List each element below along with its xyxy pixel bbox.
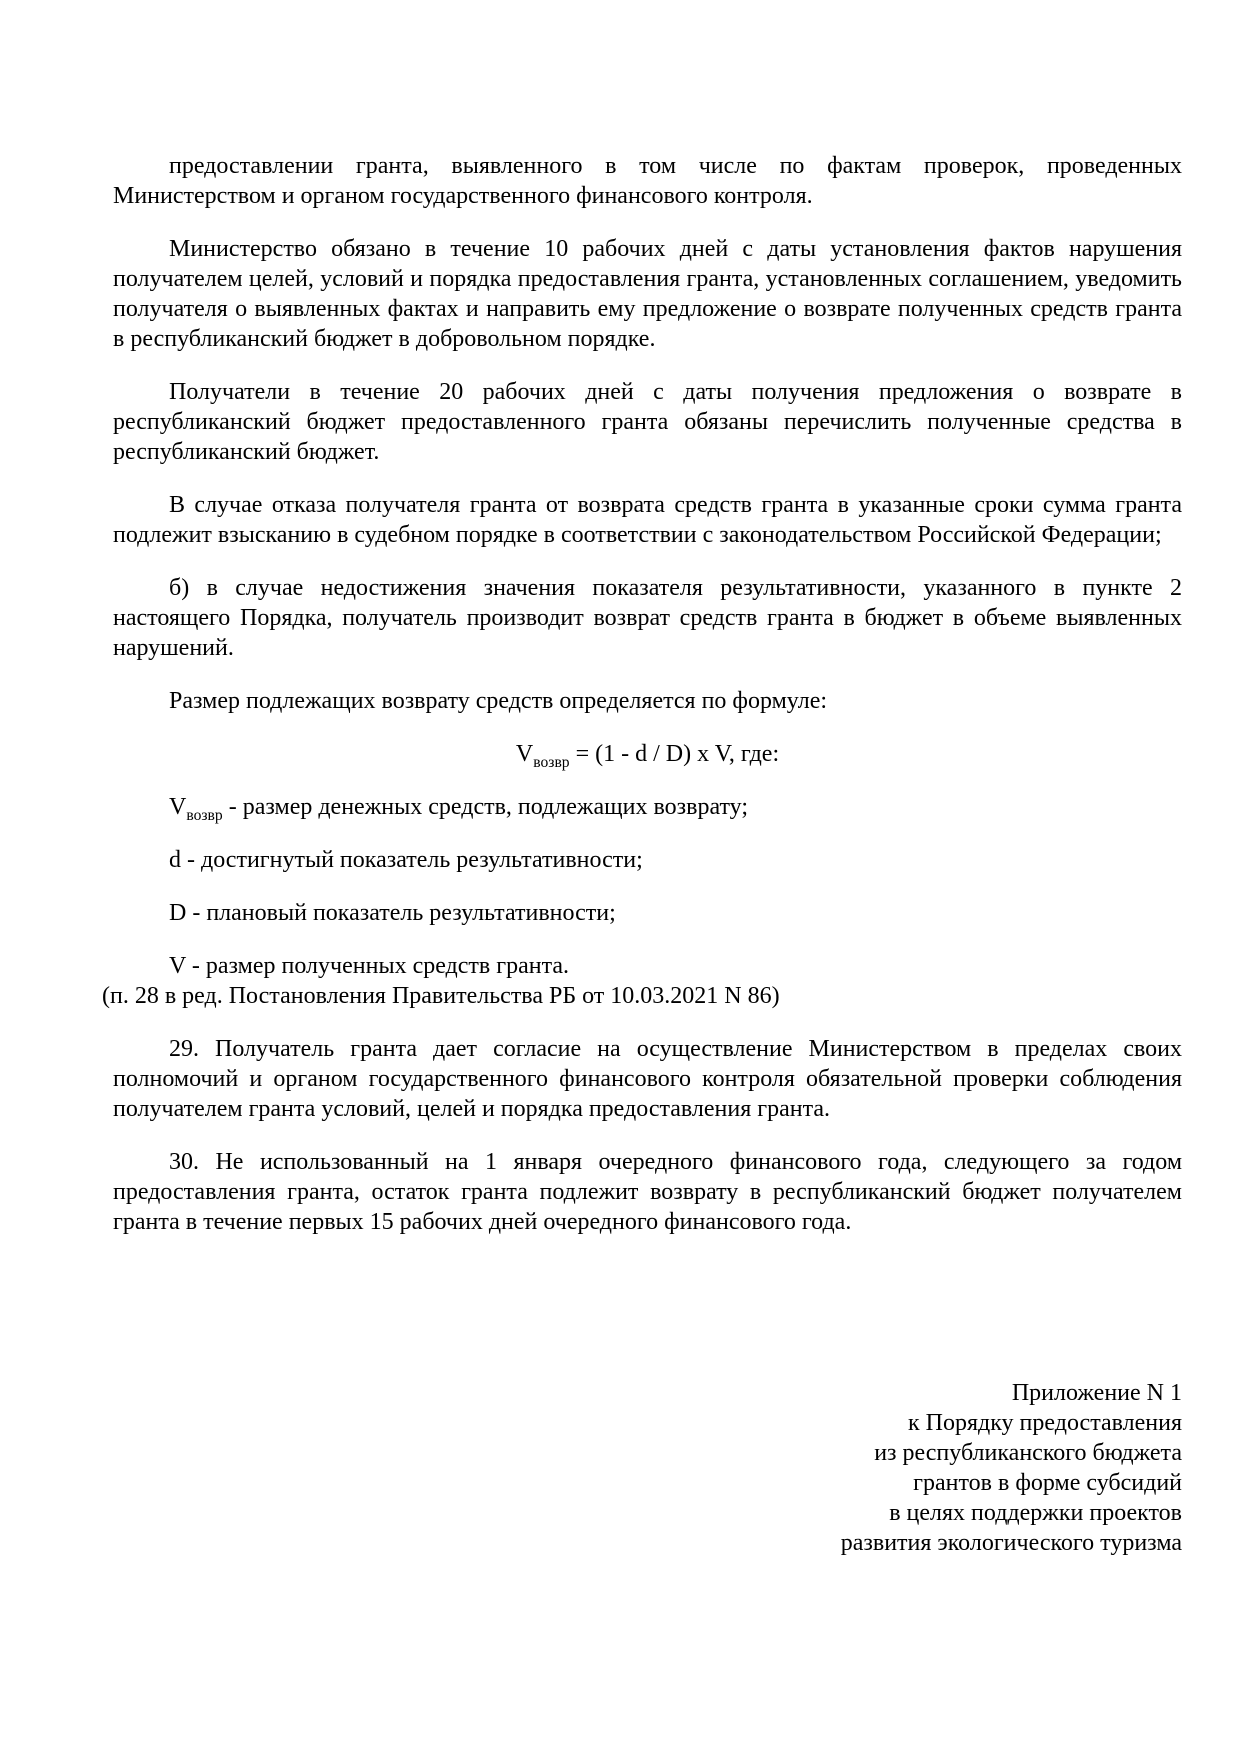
- return-formula: Vвозвр = (1 - d / D) x V, где:: [113, 739, 1182, 769]
- definition-planned-indicator: D - плановый показатель результативности…: [113, 898, 1182, 928]
- paragraph-29: 29. Получатель гранта дает согласие на о…: [113, 1034, 1182, 1124]
- formula-expression: = (1 - d / D) x V, где:: [570, 741, 780, 767]
- appendix-line: в целях поддержки проектов: [113, 1498, 1182, 1528]
- amendment-note: (п. 28 в ред. Постановления Правительств…: [102, 981, 1182, 1011]
- appendix-line: грантов в форме субсидий: [113, 1468, 1182, 1498]
- paragraph-recipients-return: Получатели в течение 20 рабочих дней с д…: [113, 377, 1182, 467]
- paragraph-refusal-court: В случае отказа получателя гранта от воз…: [113, 490, 1182, 550]
- definition-text: - размер денежных средств, подлежащих во…: [223, 794, 748, 820]
- appendix-block: Приложение N 1 к Порядку предоставления …: [113, 1378, 1182, 1558]
- appendix-line: из республиканского бюджета: [113, 1438, 1182, 1468]
- appendix-line: к Порядку предоставления: [113, 1408, 1182, 1438]
- appendix-line: Приложение N 1: [113, 1378, 1182, 1408]
- formula-variable: V: [516, 741, 533, 767]
- paragraph-formula-intro: Размер подлежащих возврату средств опред…: [113, 686, 1182, 716]
- definition-returned-amount: Vвозвр - размер денежных средств, подлеж…: [113, 792, 1182, 822]
- document-page: предоставлении гранта, выявленного в том…: [0, 0, 1240, 1754]
- definition-received-amount: V - размер полученных средств гранта.: [113, 951, 1182, 981]
- paragraph-ministry-notice: Министерство обязано в течение 10 рабочи…: [113, 234, 1182, 354]
- paragraph-30: 30. Не использованный на 1 января очеред…: [113, 1147, 1182, 1237]
- paragraph-continuation: предоставлении гранта, выявленного в том…: [113, 151, 1182, 211]
- definition-achieved-indicator: d - достигнутый показатель результативно…: [113, 845, 1182, 875]
- paragraph-subitem-b: б) в случае недостижения значения показа…: [113, 573, 1182, 663]
- formula-variable-subscript: возвр: [533, 754, 569, 771]
- definition-variable-subscript: возвр: [186, 807, 222, 824]
- appendix-line: развития экологического туризма: [113, 1528, 1182, 1558]
- definition-variable: V: [169, 794, 186, 820]
